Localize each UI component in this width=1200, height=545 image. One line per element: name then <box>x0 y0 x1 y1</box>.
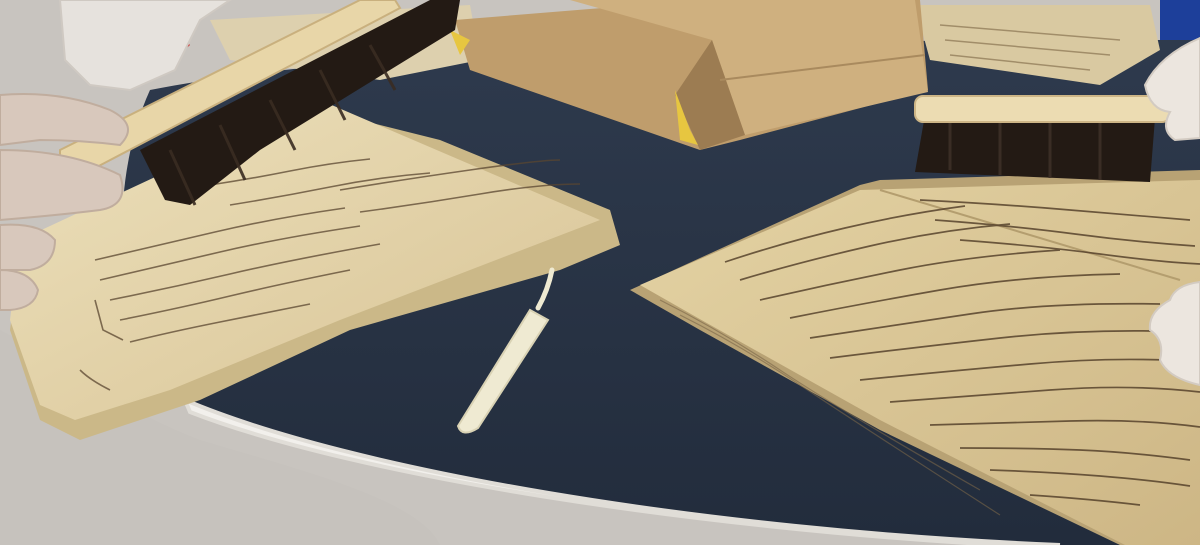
scene-illustration <box>0 0 1200 545</box>
photo-scene <box>0 0 1200 545</box>
right-brush <box>915 96 1170 182</box>
